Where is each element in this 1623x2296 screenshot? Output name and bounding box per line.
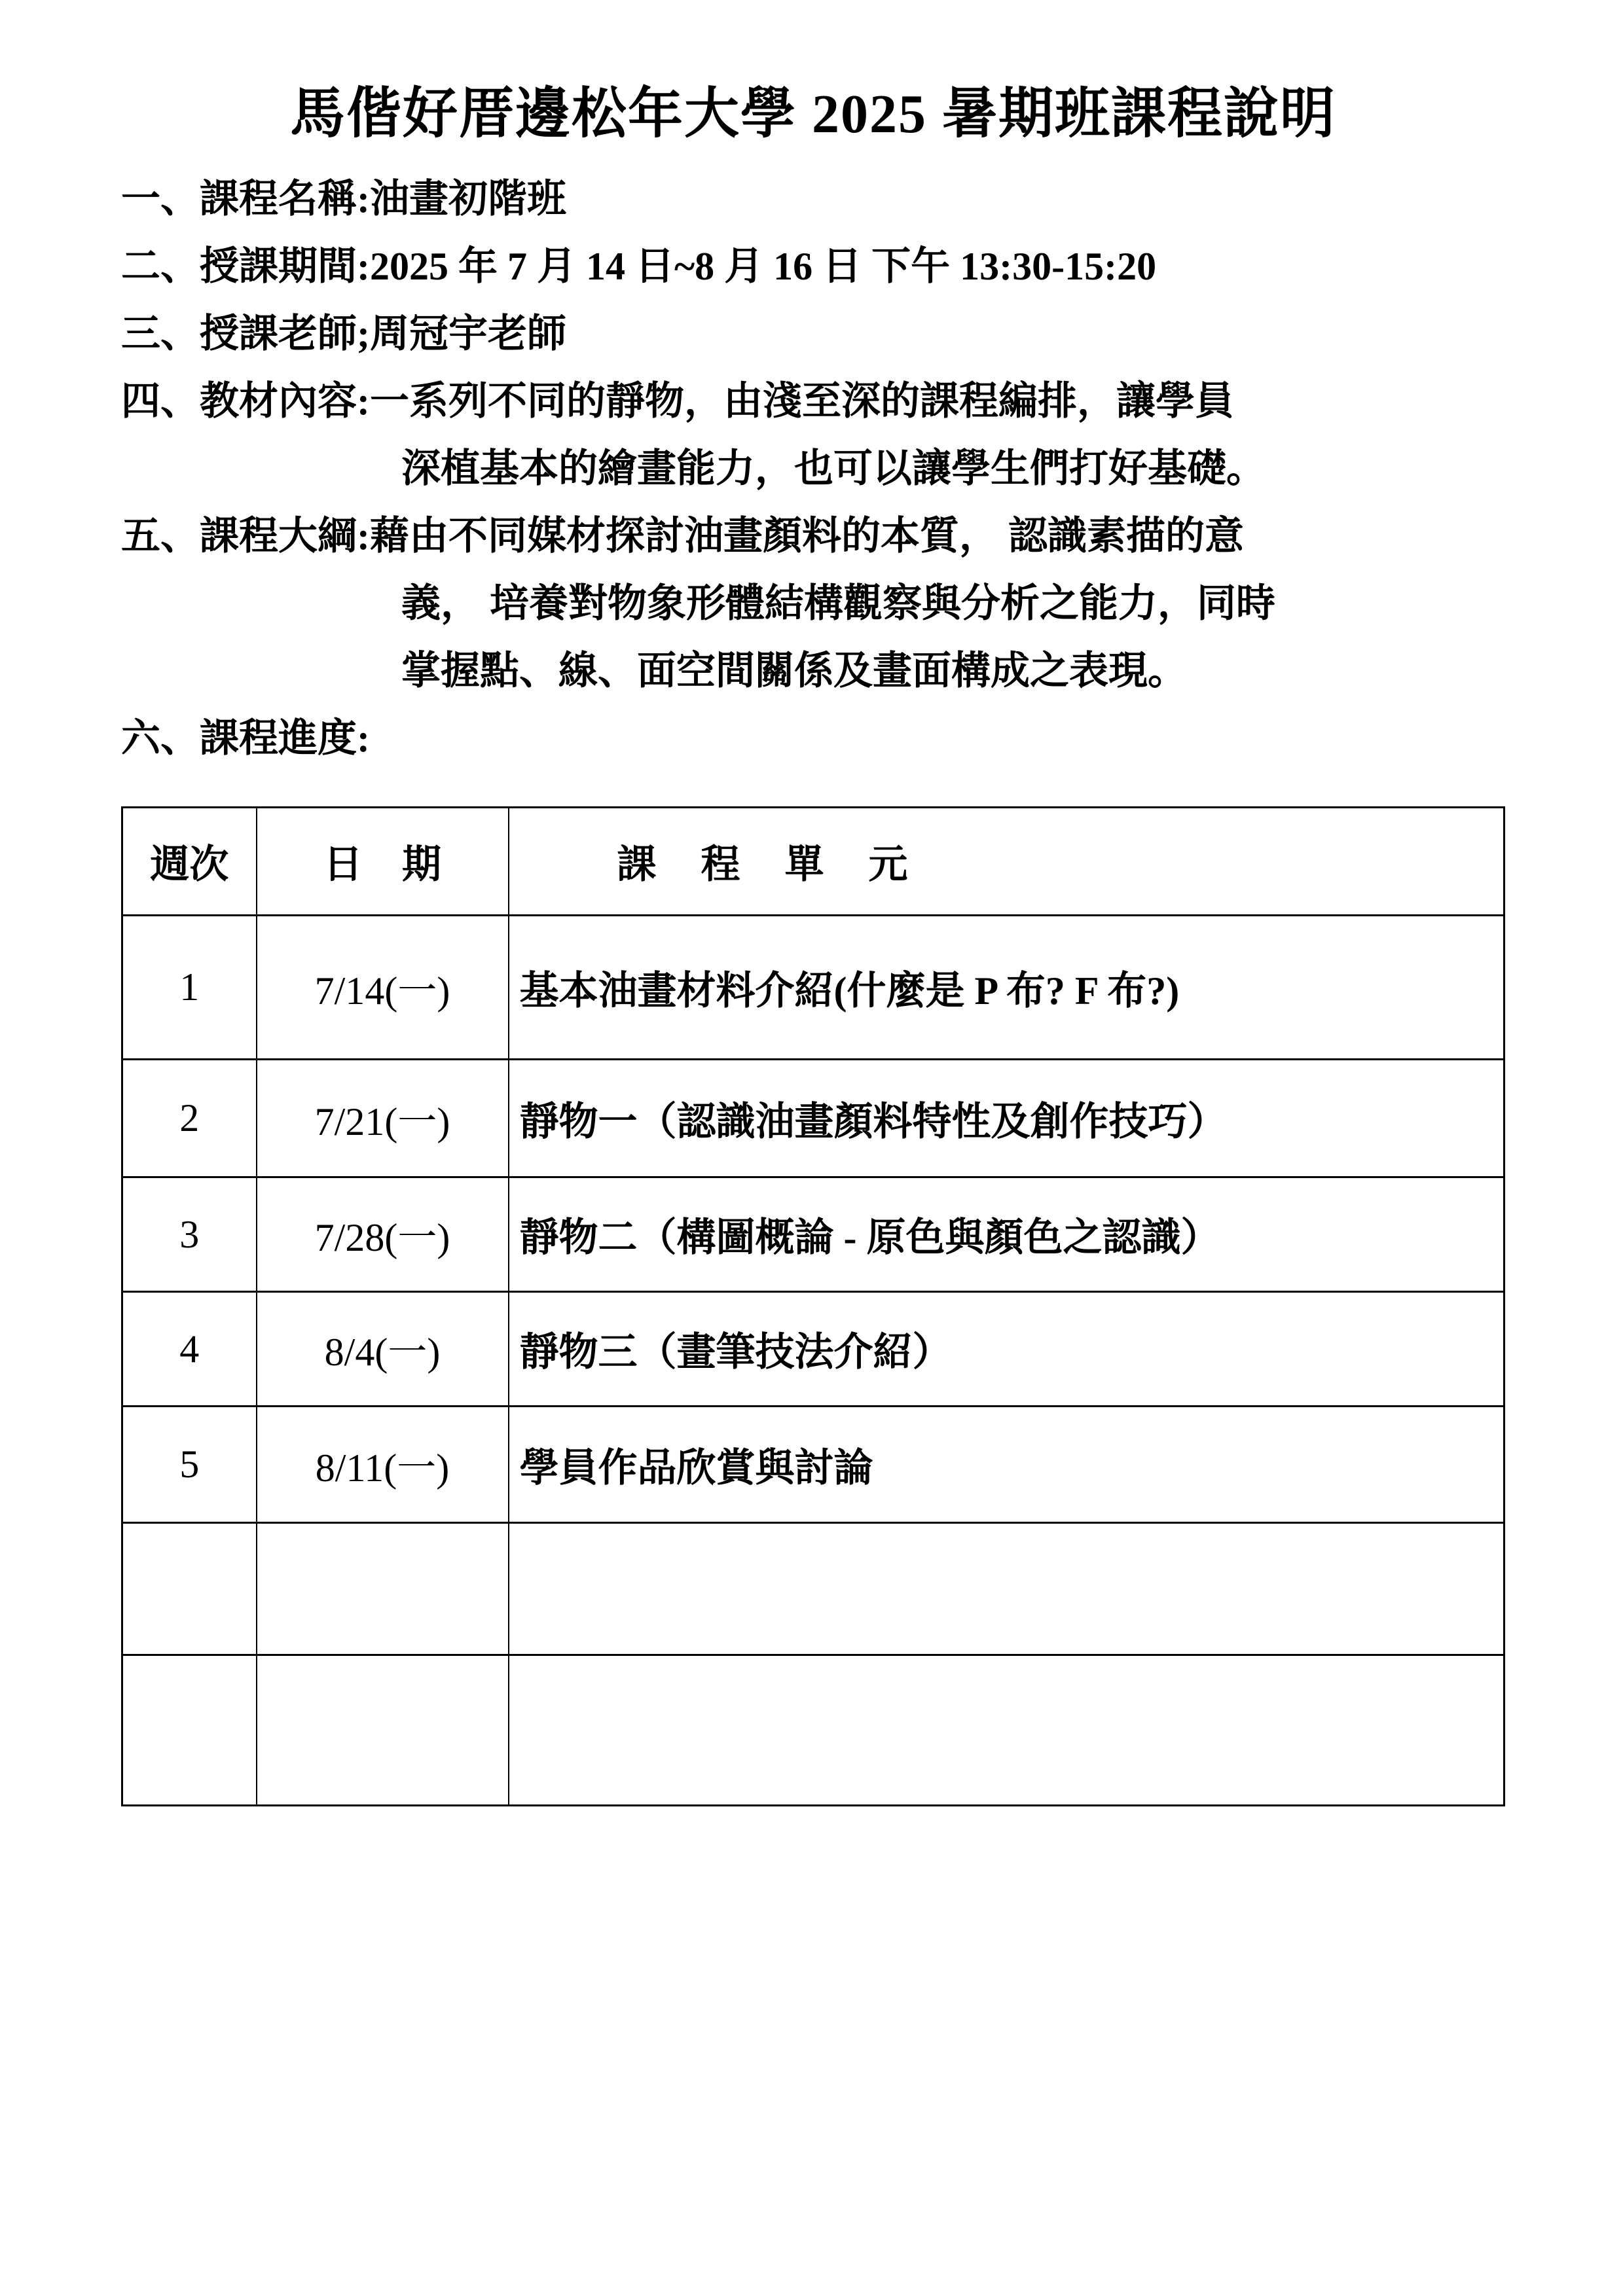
item-content: 藉由不同媒材探討油畫顏料的本質， 認識素描的意 義， 培養對物象形體結構觀察與分…: [370, 503, 1505, 705]
week-cell: 3: [122, 1177, 257, 1292]
unit-cell: [509, 1523, 1504, 1655]
week-header: 週次: [122, 808, 257, 916]
document-page: 馬偕好厝邊松年大學 2025 暑期班課程說明 一、課程名稱: 油畫初階班 二、授…: [0, 0, 1623, 2296]
date-cell: 7/14(一): [257, 916, 509, 1060]
page-title: 馬偕好厝邊松年大學 2025 暑期班課程說明: [121, 77, 1505, 151]
item-teacher: 三、授課老師; 周冠宇老師: [121, 300, 1505, 368]
table-row: 5 8/11(一) 學員作品欣賞與討論: [122, 1407, 1504, 1523]
item-label: 三、授課老師;: [121, 300, 370, 368]
date-cell: 7/21(一): [257, 1060, 509, 1177]
item-line: 一系列不同的靜物，由淺至深的課程編排，讓學員: [370, 368, 1505, 435]
item-line: 油畫初階班: [370, 166, 1505, 233]
item-course-outline: 五、課程大綱: 藉由不同媒材探討油畫顏料的本質， 認識素描的意 義， 培養對物象…: [121, 503, 1505, 705]
table-row-empty: [122, 1655, 1504, 1806]
date-header: 日 期: [257, 808, 509, 916]
week-cell: 2: [122, 1060, 257, 1177]
unit-cell: 靜物三（畫筆技法介紹）: [509, 1292, 1504, 1407]
week-cell: 1: [122, 916, 257, 1060]
item-course-progress: 六、課程進度:: [121, 705, 1505, 772]
date-cell: [257, 1523, 509, 1655]
item-label: 四、教材內容:: [121, 368, 370, 435]
item-label: 二、授課期間:: [121, 233, 370, 300]
item-material-content: 四、教材內容: 一系列不同的靜物，由淺至深的課程編排，讓學員 深植基本的繪畫能力…: [121, 368, 1505, 503]
unit-cell: 靜物二（構圖概論 - 原色與顏色之認識）: [509, 1177, 1504, 1292]
date-cell: 7/28(一): [257, 1177, 509, 1292]
unit-cell: [509, 1655, 1504, 1806]
table-header-row: 週次 日 期 課 程 單 元: [122, 808, 1504, 916]
unit-cell: 學員作品欣賞與討論: [509, 1407, 1504, 1523]
week-cell: 5: [122, 1407, 257, 1523]
date-cell: 8/11(一): [257, 1407, 509, 1523]
item-line: 深植基本的繪畫能力，也可以讓學生們打好基礎。: [370, 435, 1505, 503]
table-row: 3 7/28(一) 靜物二（構圖概論 - 原色與顏色之認識）: [122, 1177, 1504, 1292]
item-line: 掌握點、線、面空間關係及畫面構成之表現。: [370, 637, 1505, 705]
item-line: 周冠宇老師: [370, 300, 1505, 368]
date-cell: 8/4(一): [257, 1292, 509, 1407]
table-row-empty: [122, 1523, 1504, 1655]
unit-cell: 靜物一（認識油畫顏料特性及創作技巧）: [509, 1060, 1504, 1177]
item-label: 五、課程大綱:: [121, 503, 370, 570]
date-cell: [257, 1655, 509, 1806]
week-cell: 4: [122, 1292, 257, 1407]
week-cell: [122, 1655, 257, 1806]
item-label: 一、課程名稱:: [121, 166, 370, 233]
week-cell: [122, 1523, 257, 1655]
item-line: 藉由不同媒材探討油畫顏料的本質， 認識素描的意: [370, 503, 1505, 570]
item-course-period: 二、授課期間: 2025 年 7 月 14 日~8 月 16 日 下午 13:3…: [121, 233, 1505, 300]
item-course-name: 一、課程名稱: 油畫初階班: [121, 166, 1505, 233]
table-row: 4 8/4(一) 靜物三（畫筆技法介紹）: [122, 1292, 1504, 1407]
unit-header: 課 程 單 元: [509, 808, 1504, 916]
item-content: 2025 年 7 月 14 日~8 月 16 日 下午 13:30-15:20: [370, 233, 1505, 300]
item-line: 2025 年 7 月 14 日~8 月 16 日 下午 13:30-15:20: [370, 233, 1505, 300]
item-content: 周冠宇老師: [370, 300, 1505, 368]
unit-cell: 基本油畫材料介紹(什麼是 P 布? F 布?): [509, 916, 1504, 1060]
table-row: 2 7/21(一) 靜物一（認識油畫顏料特性及創作技巧）: [122, 1060, 1504, 1177]
item-content: 油畫初階班: [370, 166, 1505, 233]
course-progress-table: 週次 日 期 課 程 單 元 1 7/14(一) 基本油畫材料介紹(什麼是 P …: [121, 806, 1505, 1806]
item-line: 義， 培養對物象形體結構觀察與分析之能力，同時: [370, 570, 1505, 637]
course-info-list: 一、課程名稱: 油畫初階班 二、授課期間: 2025 年 7 月 14 日~8 …: [121, 166, 1505, 772]
table-row: 1 7/14(一) 基本油畫材料介紹(什麼是 P 布? F 布?): [122, 916, 1504, 1060]
item-label: 六、課程進度:: [121, 705, 370, 772]
item-content: 一系列不同的靜物，由淺至深的課程編排，讓學員 深植基本的繪畫能力，也可以讓學生們…: [370, 368, 1505, 503]
